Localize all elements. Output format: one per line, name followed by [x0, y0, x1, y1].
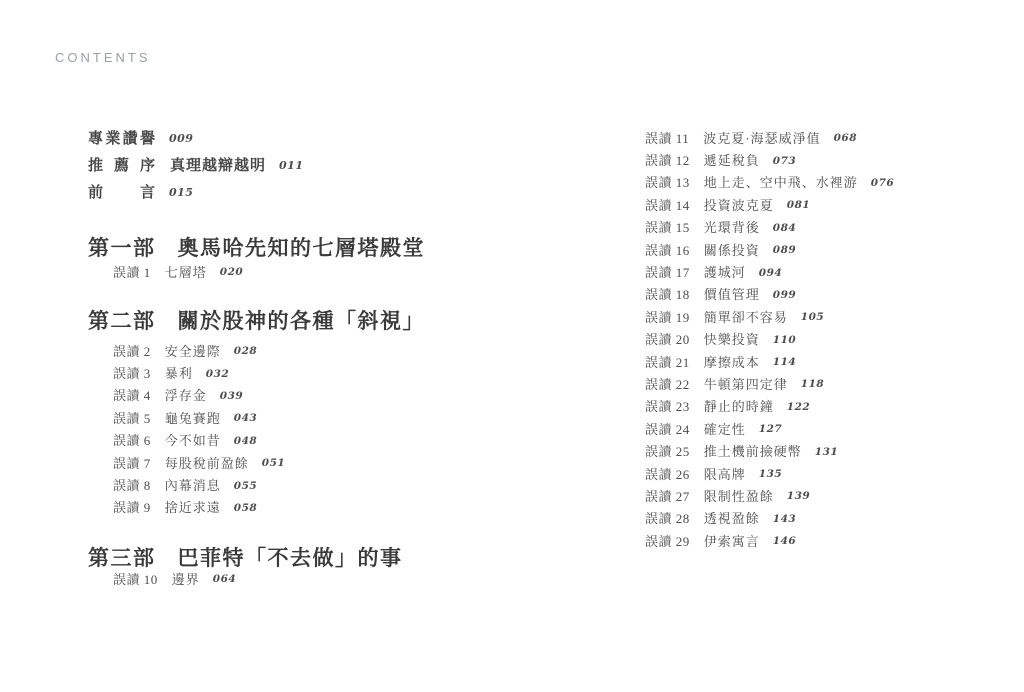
toc-item-label: 誤讀 16 — [645, 240, 690, 259]
toc-item-page: 139 — [787, 490, 810, 502]
toc-item-page: 081 — [787, 199, 810, 211]
toc-item-page: 009 — [169, 132, 193, 145]
toc-item-page: 122 — [787, 401, 810, 413]
toc-item-title: 投資波克夏 — [704, 195, 774, 214]
toc-item-page: 048 — [234, 435, 257, 447]
toc-item-page: 020 — [220, 266, 243, 278]
toc-item-label: 誤讀 8 — [113, 475, 151, 494]
toc-item-title: 真理越辯越明 — [170, 154, 266, 175]
toc-item-page: 032 — [206, 368, 229, 380]
toc-item-label: 誤讀 11 — [645, 128, 689, 147]
part-1-items: 誤讀 1 七層塔 020 — [113, 260, 243, 282]
toc-item: 誤讀 3 暴利 032 — [113, 361, 285, 383]
toc-item-page: 094 — [759, 267, 782, 279]
toc-item-page: 084 — [773, 222, 796, 234]
part-2-heading: 第二部 關於股神的各種「斜視」 — [88, 305, 425, 335]
toc-item-label: 誤讀 17 — [645, 262, 690, 281]
contents-heading: CONTENTS — [55, 50, 151, 65]
toc-item-label: 誤讀 27 — [645, 486, 690, 505]
toc-item: 誤讀 18 價值管理 099 — [645, 283, 894, 305]
toc-item: 誤讀 29 伊索寓言 146 — [645, 529, 894, 551]
toc-item: 誤讀 21 摩擦成本 114 — [645, 350, 894, 372]
part-1-heading: 第一部 奧馬哈先知的七層塔殿堂 — [88, 232, 425, 262]
toc-item-label: 誤讀 24 — [645, 419, 690, 438]
toc-item-title: 波克夏·海瑟威淨值 — [703, 128, 820, 147]
toc-item-page: 114 — [773, 356, 796, 368]
toc-item-page: 135 — [759, 468, 782, 480]
toc-item-title: 捨近求遠 — [165, 497, 221, 516]
toc-item: 誤讀 15 光環背後 084 — [645, 216, 894, 238]
toc-item: 專業讚譽 009 — [88, 124, 303, 151]
toc-item: 誤讀 19 簡單卻不容易 105 — [645, 305, 894, 327]
toc-item-page: 127 — [759, 423, 782, 435]
toc-item-page: 051 — [262, 457, 285, 469]
toc-item-title: 確定性 — [704, 419, 746, 438]
toc-item-page: 131 — [815, 446, 838, 458]
toc-item-label: 誤讀 9 — [113, 497, 151, 516]
toc-item: 誤讀 1 七層塔 020 — [113, 260, 243, 282]
toc-item-title: 浮存金 — [165, 385, 207, 404]
toc-item: 誤讀 22 牛頓第四定律 118 — [645, 372, 894, 394]
right-column-items: 誤讀 11 波克夏·海瑟威淨值 068 誤讀 12 遞延稅負 073 誤讀 13… — [645, 126, 894, 551]
toc-item-page: 011 — [279, 159, 303, 172]
part-title: 關於股神的各種「斜視」 — [178, 305, 426, 335]
part-3-items: 誤讀 10 邊界 064 — [113, 567, 236, 589]
toc-item: 誤讀 26 限高牌 135 — [645, 462, 894, 484]
toc-item-label: 誤讀 3 — [113, 363, 151, 382]
toc-item: 誤讀 14 投資波克夏 081 — [645, 193, 894, 215]
toc-item-page: 015 — [169, 186, 193, 199]
toc-item: 推薦序 真理越辯越明 011 — [88, 151, 303, 178]
toc-item-title: 每股稅前盈餘 — [165, 453, 249, 472]
toc-item-label: 誤讀 29 — [645, 531, 690, 550]
toc-item: 誤讀 28 透視盈餘 143 — [645, 507, 894, 529]
toc-item-label: 誤讀 25 — [645, 441, 690, 460]
toc-item-title: 安全邊際 — [165, 341, 221, 360]
toc-item-label: 誤讀 2 — [113, 341, 151, 360]
toc-item-title: 今不如昔 — [165, 430, 221, 449]
toc-item-label: 誤讀 7 — [113, 453, 151, 472]
part-label: 第一部 — [88, 232, 156, 262]
toc-item-page: 028 — [234, 345, 257, 357]
toc-item-title: 護城河 — [704, 262, 746, 281]
toc-item-page: 099 — [773, 289, 796, 301]
part-title: 奧馬哈先知的七層塔殿堂 — [178, 232, 426, 262]
toc-item: 誤讀 2 安全邊際 028 — [113, 339, 285, 361]
toc-item: 誤讀 6 今不如昔 048 — [113, 429, 285, 451]
toc-item-title: 限高牌 — [704, 464, 746, 483]
toc-item-title: 牛頓第四定律 — [704, 374, 788, 393]
toc-item-title: 靜止的時鐘 — [704, 396, 774, 415]
toc-item-label: 誤讀 18 — [645, 284, 690, 303]
toc-item: 誤讀 20 快樂投資 110 — [645, 328, 894, 350]
toc-item-label: 誤讀 6 — [113, 430, 151, 449]
toc-item: 誤讀 16 關係投資 089 — [645, 238, 894, 260]
toc-item-page: 110 — [773, 334, 796, 346]
toc-item-title: 地上走、空中飛、水裡游 — [704, 172, 858, 191]
toc-item: 誤讀 9 捨近求遠 058 — [113, 496, 285, 518]
front-matter-section: 專業讚譽 009 推薦序 真理越辯越明 011 前言 015 — [88, 124, 303, 205]
toc-item-label: 前言 — [88, 181, 156, 202]
toc-item-label: 誤讀 23 — [645, 396, 690, 415]
toc-item-label: 誤讀 1 — [113, 262, 151, 281]
toc-item: 誤讀 5 龜兔賽跑 043 — [113, 406, 285, 428]
toc-item-title: 簡單卻不容易 — [704, 307, 788, 326]
toc-item-title: 透視盈餘 — [704, 508, 760, 527]
toc-item-title: 快樂投資 — [704, 329, 760, 348]
toc-item-label: 誤讀 4 — [113, 385, 151, 404]
toc-item: 誤讀 23 靜止的時鐘 122 — [645, 395, 894, 417]
toc-item-title: 推土機前撿硬幣 — [704, 441, 802, 460]
toc-item-label: 誤讀 12 — [645, 150, 690, 169]
toc-item-page: 055 — [234, 480, 257, 492]
toc-item-title: 摩擦成本 — [704, 352, 760, 371]
toc-item-label: 誤讀 13 — [645, 172, 690, 191]
toc-item-label: 誤讀 26 — [645, 464, 690, 483]
toc-item-page: 073 — [773, 155, 796, 167]
toc-item-label: 誤讀 10 — [113, 569, 158, 588]
table-of-contents-page: CONTENTS 專業讚譽 009 推薦序 真理越辯越明 011 前言 015 … — [0, 0, 1024, 692]
toc-item-label: 誤讀 22 — [645, 374, 690, 393]
toc-item-title: 價值管理 — [704, 284, 760, 303]
toc-item: 誤讀 11 波克夏·海瑟威淨值 068 — [645, 126, 894, 148]
toc-item: 誤讀 24 確定性 127 — [645, 417, 894, 439]
toc-item-label: 誤讀 20 — [645, 329, 690, 348]
toc-item: 誤讀 17 護城河 094 — [645, 260, 894, 282]
toc-item-page: 058 — [234, 502, 257, 514]
toc-item-label: 誤讀 14 — [645, 195, 690, 214]
part-2-items: 誤讀 2 安全邊際 028 誤讀 3 暴利 032 誤讀 4 浮存金 039 誤… — [113, 339, 285, 518]
toc-item-label: 誤讀 19 — [645, 307, 690, 326]
toc-item: 誤讀 12 遞延稅負 073 — [645, 148, 894, 170]
toc-item-page: 146 — [773, 535, 796, 547]
toc-item-page: 076 — [871, 177, 894, 189]
toc-item-title: 暴利 — [165, 363, 193, 382]
toc-item-page: 039 — [220, 390, 243, 402]
toc-item-label: 誤讀 21 — [645, 352, 690, 371]
toc-item-page: 068 — [834, 132, 857, 144]
toc-item-page: 043 — [234, 412, 257, 424]
toc-item-label: 誤讀 28 — [645, 508, 690, 527]
toc-item-title: 遞延稅負 — [704, 150, 760, 169]
toc-item-label: 誤讀 15 — [645, 217, 690, 236]
toc-item: 誤讀 4 浮存金 039 — [113, 384, 285, 406]
toc-item: 誤讀 27 限制性盈餘 139 — [645, 484, 894, 506]
toc-item: 誤讀 10 邊界 064 — [113, 567, 236, 589]
toc-item-title: 內幕消息 — [165, 475, 221, 494]
toc-item-page: 089 — [773, 244, 796, 256]
toc-item: 前言 015 — [88, 178, 303, 205]
toc-item-label: 專業讚譽 — [88, 127, 156, 148]
part-label: 第二部 — [88, 305, 156, 335]
toc-item-title: 關係投資 — [704, 240, 760, 259]
toc-item-title: 光環背後 — [704, 217, 760, 236]
toc-item-title: 龜兔賽跑 — [165, 408, 221, 427]
toc-item-page: 064 — [213, 573, 236, 585]
toc-item-title: 七層塔 — [165, 262, 207, 281]
toc-item-page: 105 — [801, 311, 824, 323]
toc-item: 誤讀 13 地上走、空中飛、水裡游 076 — [645, 171, 894, 193]
toc-item-title: 邊界 — [172, 569, 200, 588]
toc-item: 誤讀 7 每股稅前盈餘 051 — [113, 451, 285, 473]
toc-item-title: 限制性盈餘 — [704, 486, 774, 505]
toc-item-page: 118 — [801, 378, 824, 390]
toc-item-page: 143 — [773, 513, 796, 525]
toc-item: 誤讀 8 內幕消息 055 — [113, 473, 285, 495]
toc-item-label: 推薦序 — [88, 154, 156, 175]
toc-item: 誤讀 25 推土機前撿硬幣 131 — [645, 439, 894, 461]
toc-item-title: 伊索寓言 — [704, 531, 760, 550]
toc-item-label: 誤讀 5 — [113, 408, 151, 427]
